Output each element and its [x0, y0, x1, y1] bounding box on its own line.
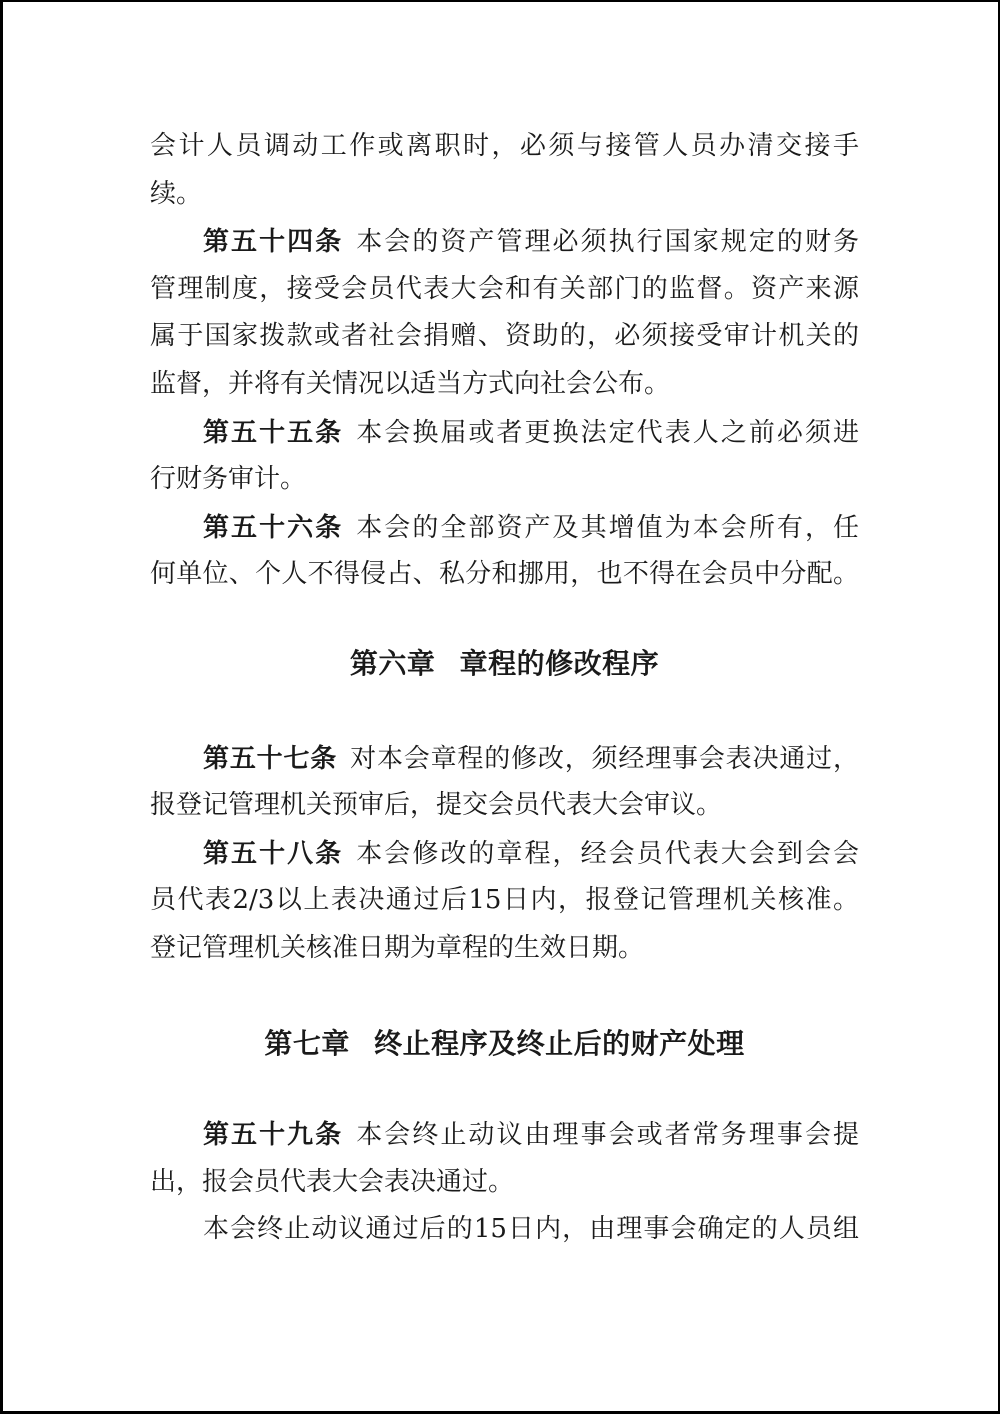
paragraph: 第五十五条本会换届或者更换法定代表人之前必须进行财务审计。 — [150, 409, 859, 504]
text-segment: 何单位、个人不得侵占、私分和挪用，也不得在会员中分配。 — [150, 559, 859, 589]
text-segment: 本会修改的章程，经会员代表大会到会会 — [356, 839, 859, 869]
article-number-label: 第五十八条 — [203, 838, 343, 868]
text-segment: 本会的全部资产及其增值为本会所有，任 — [356, 513, 859, 543]
text-segment: 行财务审计。 — [150, 464, 306, 494]
document-line: 行财务审计。 — [150, 456, 859, 504]
document-line: 第五十七条对本会章程的修改，须经理事会表决通过， — [150, 735, 859, 783]
article-number-label: 第五十五条 — [203, 417, 343, 447]
text-segment: 会计人员调动工作或离职时，必须与接管人员办清交接手 — [150, 131, 859, 161]
chapter-heading: 第七章 终止程序及终止后的财产处理 — [150, 1020, 859, 1068]
text-segment: 监督，并将有关情况以适当方式向社会公布。 — [150, 369, 670, 399]
text-segment: 续。 — [150, 179, 202, 209]
document-line: 监督，并将有关情况以适当方式向社会公布。 — [150, 361, 859, 409]
document-line: 第五十六条本会的全部资产及其增值为本会所有，任 — [150, 504, 859, 552]
paragraph: 第五十四条本会的资产管理必须执行国家规定的财务管理制度，接受会员代表大会和有关部… — [150, 218, 859, 408]
document-line: 属于国家拨款或者社会捐赠、资助的，必须接受审计机关的 — [150, 313, 859, 361]
paragraph: 第五十六条本会的全部资产及其增值为本会所有，任何单位、个人不得侵占、私分和挪用，… — [150, 504, 859, 599]
paragraph: 第五十九条本会终止动议由理事会或者常务理事会提出，报会员代表大会表决通过。 — [150, 1111, 859, 1206]
document-line: 第五十八条本会修改的章程，经会员代表大会到会会 — [150, 830, 859, 878]
document-line: 第五十九条本会终止动议由理事会或者常务理事会提 — [150, 1111, 859, 1159]
text-segment: 本会终止动议通过后的15日内，由理事会确定的人员组 — [203, 1214, 859, 1244]
text-segment: 本会的资产管理必须执行国家规定的财务 — [356, 227, 859, 257]
document-line: 管理制度，接受会员代表大会和有关部门的监督。资产来源 — [150, 266, 859, 314]
document-line: 续。 — [150, 171, 859, 219]
paragraph: 本会终止动议通过后的15日内，由理事会确定的人员组 — [150, 1206, 859, 1254]
text-segment: 员代表2/3以上表决通过后15日内，报登记管理机关核准。 — [150, 885, 859, 915]
document-line: 员代表2/3以上表决通过后15日内，报登记管理机关核准。 — [150, 877, 859, 925]
paragraph: 第五十七条对本会章程的修改，须经理事会表决通过，报登记管理机关预审后，提交会员代… — [150, 735, 859, 830]
document-body: 会计人员调动工作或离职时，必须与接管人员办清交接手续。第五十四条本会的资产管理必… — [150, 123, 859, 1254]
text-segment: 管理制度，接受会员代表大会和有关部门的监督。资产来源 — [150, 274, 859, 304]
document-line: 何单位、个人不得侵占、私分和挪用，也不得在会员中分配。 — [150, 551, 859, 599]
document-line: 第五十五条本会换届或者更换法定代表人之前必须进 — [150, 409, 859, 457]
document-line: 报登记管理机关预审后，提交会员代表大会审议。 — [150, 782, 859, 830]
article-number-label: 第五十四条 — [203, 226, 343, 256]
text-segment: 本会换届或者更换法定代表人之前必须进 — [356, 418, 859, 448]
document-line: 本会终止动议通过后的15日内，由理事会确定的人员组 — [150, 1206, 859, 1254]
article-number-label: 第五十七条 — [203, 743, 337, 773]
article-number-label: 第五十六条 — [203, 512, 343, 542]
text-segment: 报登记管理机关预审后，提交会员代表大会审议。 — [150, 790, 722, 820]
article-number-label: 第五十九条 — [203, 1119, 343, 1149]
paragraph: 会计人员调动工作或离职时，必须与接管人员办清交接手续。 — [150, 123, 859, 218]
text-segment: 属于国家拨款或者社会捐赠、资助的，必须接受审计机关的 — [150, 321, 859, 351]
document-line: 登记管理机关核准日期为章程的生效日期。 — [150, 925, 859, 973]
text-segment: 出，报会员代表大会表决通过。 — [150, 1167, 514, 1197]
document-page: 会计人员调动工作或离职时，必须与接管人员办清交接手续。第五十四条本会的资产管理必… — [0, 0, 1000, 1414]
document-line: 会计人员调动工作或离职时，必须与接管人员办清交接手 — [150, 123, 859, 171]
paragraph: 第五十八条本会修改的章程，经会员代表大会到会会员代表2/3以上表决通过后15日内… — [150, 830, 859, 973]
document-line: 第五十四条本会的资产管理必须执行国家规定的财务 — [150, 218, 859, 266]
text-segment: 对本会章程的修改，须经理事会表决通过， — [350, 744, 859, 774]
text-segment: 登记管理机关核准日期为章程的生效日期。 — [150, 933, 644, 963]
text-segment: 本会终止动议由理事会或者常务理事会提 — [356, 1120, 859, 1150]
document-line: 出，报会员代表大会表决通过。 — [150, 1159, 859, 1207]
chapter-heading: 第六章 章程的修改程序 — [150, 640, 859, 688]
